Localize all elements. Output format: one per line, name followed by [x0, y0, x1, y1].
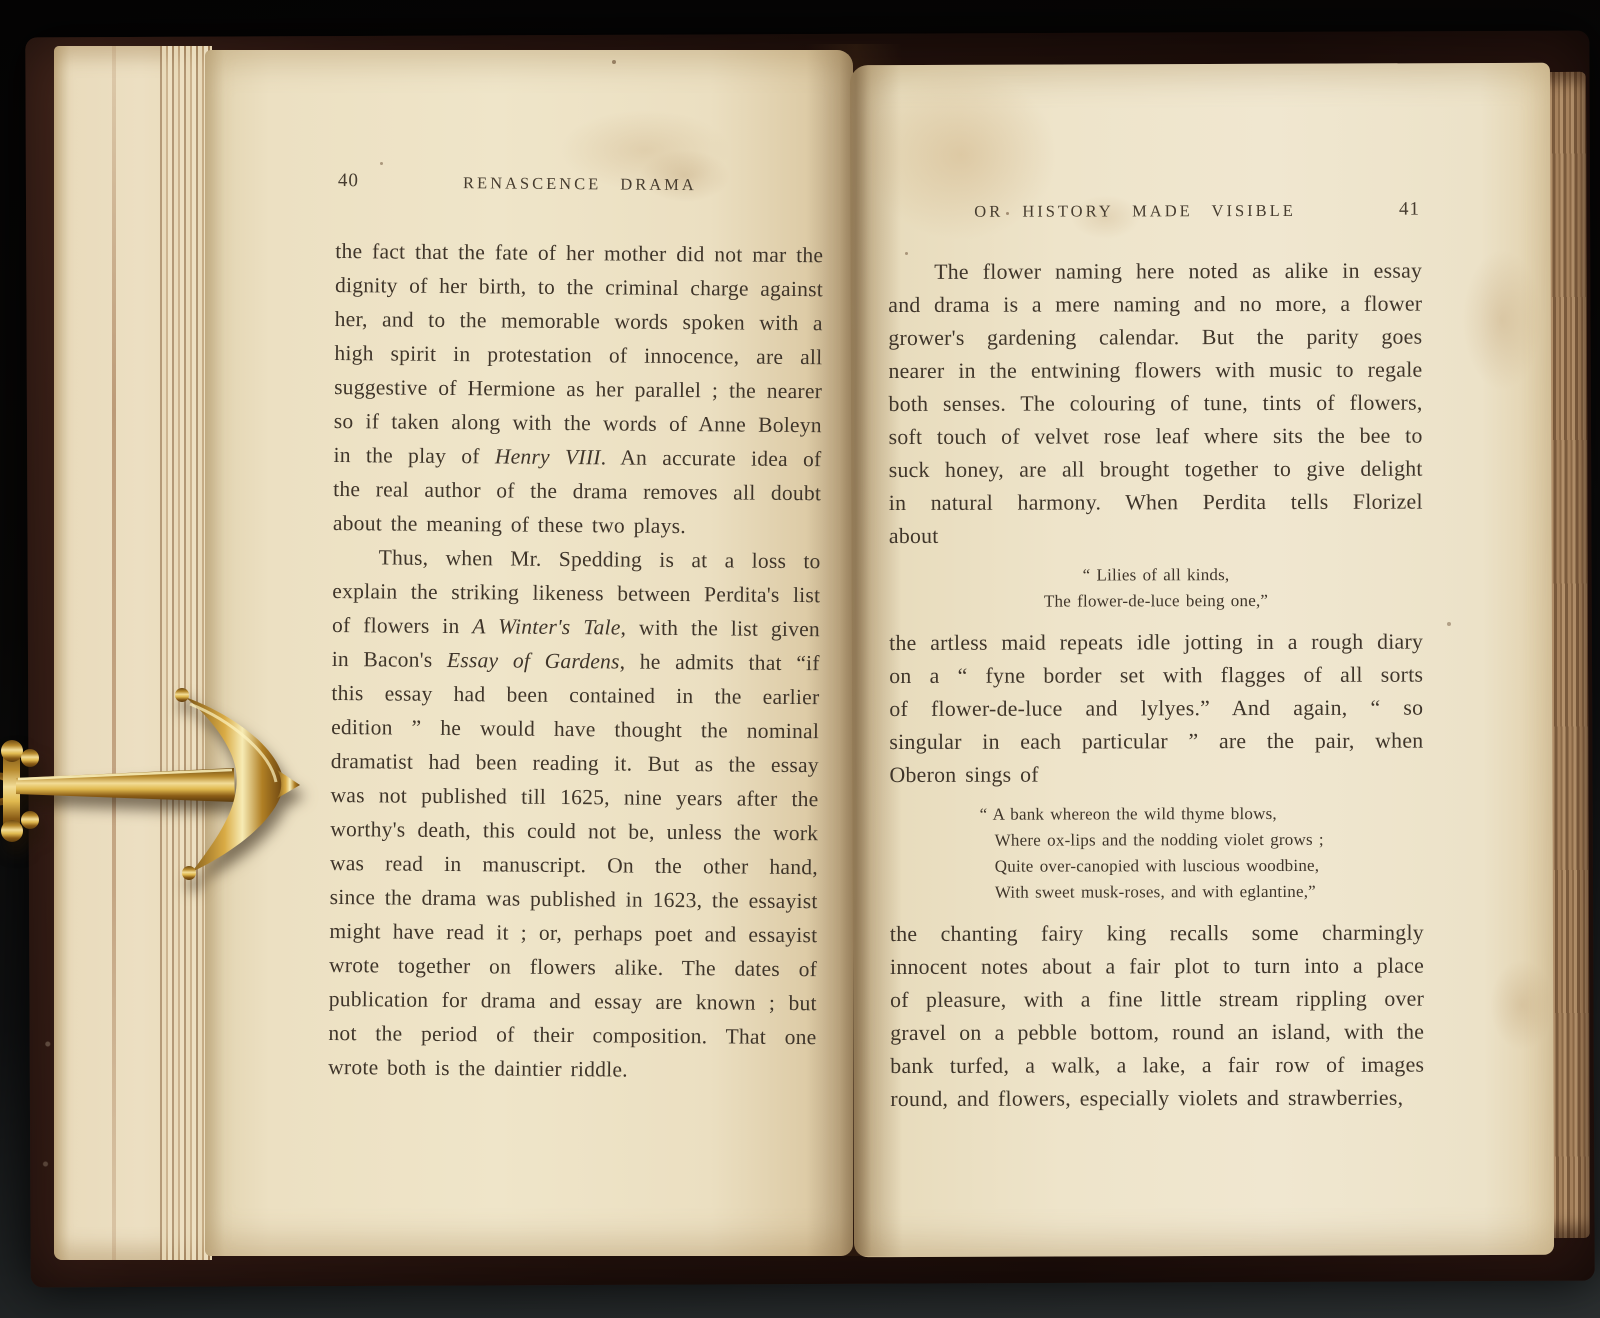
left-page-body: the fact that the fate of her mother did… — [328, 234, 823, 1088]
anchor-clasp-icon — [0, 652, 322, 912]
text-line: worthy's death, this could not be, unles… — [330, 812, 818, 850]
text-line: soft touch of velvet rose leaf where sit… — [889, 420, 1423, 454]
right-running-head-row: OR HISTORY MADE VISIBLE 41 — [888, 201, 1422, 228]
para-block: the artless maid repeats idle jotting in… — [889, 626, 1423, 792]
text-line: edition ” he would have thought the nomi… — [331, 710, 819, 748]
text-line: publication for drama and essay are know… — [329, 982, 817, 1020]
text-line: Where ox-lips and the nodding violet gro… — [980, 827, 1424, 854]
text-line: The flower-de-luce being one,” — [889, 588, 1423, 615]
text-line: the fact that the fate of her mother did… — [335, 234, 823, 272]
text-line: was not published till 1625, nine years … — [330, 778, 818, 816]
left-running-header: RENASCENCE DRAMA — [336, 172, 824, 196]
text-line: explain the striking likeness between Pe… — [332, 574, 820, 612]
para-block: the chanting fairy king recalls some cha… — [890, 917, 1425, 1116]
text-line: about — [889, 519, 1423, 553]
text-line: the chanting fairy king recalls some cha… — [890, 917, 1424, 951]
open-book-photo: 40 RENASCENCE DRAMA the fact that the fa… — [0, 0, 1600, 1318]
text-line: grower's gardening calendar. But the par… — [888, 321, 1422, 355]
text-line: bank turfed, a walk, a lake, a fair row … — [890, 1049, 1424, 1083]
text-line: dramatist had been reading it. But as th… — [331, 744, 819, 782]
text-line: in Bacon's Essay of Gardens, he admits t… — [332, 642, 820, 680]
text-line: high spirit in protestation of innocence… — [334, 336, 822, 374]
text-line: suck honey, are all brought together to … — [889, 453, 1423, 487]
text-line: so if taken along with the words of Anne… — [334, 404, 822, 442]
text-line: of pleasure, with a fine little stream r… — [890, 983, 1424, 1017]
right-page-body: The flower naming here noted as alike in… — [888, 255, 1424, 1116]
text-line: “ A bank whereon the wild thyme blows, — [980, 801, 1424, 828]
right-running-header: OR HISTORY MADE VISIBLE — [888, 201, 1382, 222]
left-running-head-row: 40 RENASCENCE DRAMA — [336, 172, 824, 202]
para-block: Thus, when Mr. Spedding is at a loss toe… — [328, 540, 821, 1088]
para-block: the fact that the fate of her mother did… — [333, 234, 824, 544]
text-line: in natural harmony. When Perdita tells F… — [889, 486, 1423, 520]
text-line: nearer in the entwining flowers with mus… — [888, 354, 1422, 388]
text-line: “ Lilies of all kinds, — [889, 562, 1423, 589]
text-line: her, and to the memorable words spoken w… — [335, 302, 823, 340]
text-line: this essay had been contained in the ear… — [331, 676, 819, 714]
right-page-text: OR HISTORY MADE VISIBLE 41 The flower na… — [888, 201, 1424, 1116]
text-line: singular in each particular ” are the pa… — [889, 725, 1423, 759]
verse-block: “ Lilies of all kinds,The flower-de-luce… — [889, 562, 1423, 615]
text-line: wrote together on flowers alike. The dat… — [329, 948, 817, 986]
text-line: Quite over-canopied with luscious woodbi… — [980, 853, 1424, 880]
text-line: innocent notes about a fair plot to turn… — [890, 950, 1424, 984]
text-line: of flowers in A Winter's Tale, with the … — [332, 608, 820, 646]
text-line: With sweet musk-roses, and with eglantin… — [980, 879, 1424, 906]
text-line: suggestive of Hermione as her parallel ;… — [334, 370, 822, 408]
verse-block: “ A bank whereon the wild thyme blows,Wh… — [890, 801, 1424, 906]
text-line: in the play of Henry VIII. An accurate i… — [333, 438, 821, 476]
text-line: both senses. The colouring of tune, tint… — [888, 387, 1422, 421]
text-line: Oberon sings of — [889, 758, 1423, 792]
text-line: on a “ fyne border set with flagges of a… — [889, 659, 1423, 693]
text-line: round, and flowers, especially violets a… — [890, 1082, 1424, 1116]
text-line: Thus, when Mr. Spedding is at a loss to — [332, 540, 820, 578]
text-line: was read in manuscript. On the other han… — [330, 846, 818, 884]
text-line: the real author of the drama removes all… — [333, 472, 821, 510]
text-line: the artless maid repeats idle jotting in… — [889, 626, 1423, 660]
text-line: since the drama was published in 1623, t… — [330, 880, 818, 918]
para-block: The flower naming here noted as alike in… — [888, 255, 1423, 553]
left-page-text: 40 RENASCENCE DRAMA the fact that the fa… — [328, 172, 824, 1088]
text-line: dignity of her birth, to the criminal ch… — [335, 268, 823, 306]
text-line: and drama is a mere naming and no more, … — [888, 288, 1422, 322]
text-line: about the meaning of these two plays. — [333, 506, 821, 544]
text-line: might have read it ; or, perhaps poet an… — [329, 914, 817, 952]
text-line: wrote both is the daintier riddle. — [328, 1050, 816, 1088]
text-line: of flower-de-luce and lylyes.” And again… — [889, 692, 1423, 726]
text-line: The flower naming here noted as alike in… — [888, 255, 1422, 289]
right-page-number: 41 — [1399, 199, 1420, 221]
text-line: not the period of their composition. Tha… — [328, 1016, 816, 1054]
clasp-shank — [16, 768, 235, 802]
text-line: gravel on a pebble bottom, round an isla… — [890, 1016, 1424, 1050]
